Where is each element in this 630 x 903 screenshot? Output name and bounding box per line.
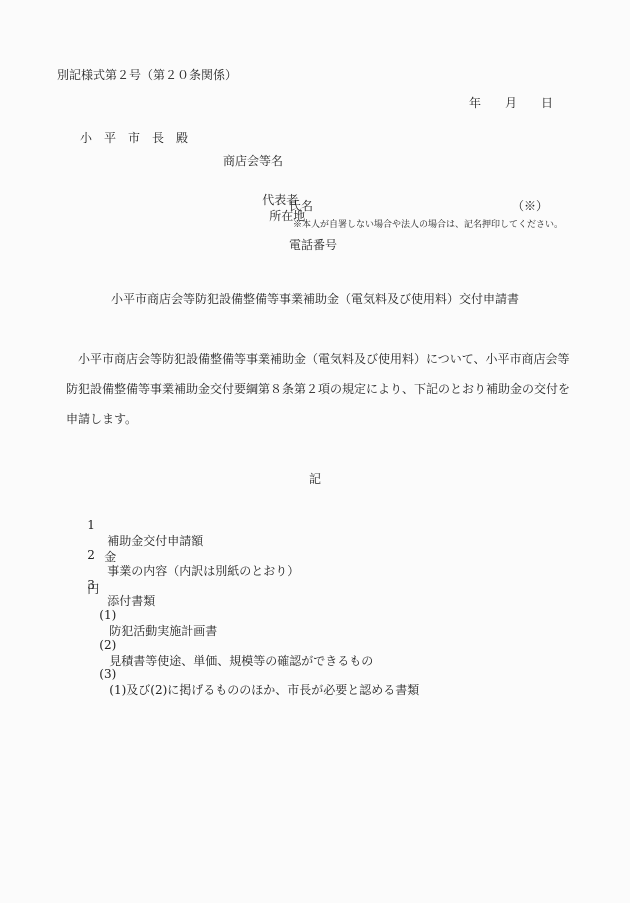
signature-note: ※本人が自署しない場合や法人の場合は、記名押印してください。 bbox=[293, 219, 563, 231]
attachment-item-3: (3) (1)及び(2)に掲げるもののほか、市長が必要と認める書類 bbox=[84, 650, 419, 714]
org-name-label: 商店会等名 bbox=[223, 153, 283, 169]
body-paragraph-line-2: 防犯設備整備等事業補助金交付要綱第８条第２項の規定により、下記のとおり補助金の交… bbox=[66, 381, 570, 397]
date-line: 年 月 日 bbox=[469, 95, 553, 111]
attachment-number: (3) bbox=[99, 666, 116, 682]
form-number: 別記様式第２号（第２０条関係） bbox=[57, 67, 237, 83]
phone-label: 電話番号 bbox=[289, 237, 337, 253]
attachment-label: (1)及び(2)に掲げるもののほか、市長が必要と認める書類 bbox=[109, 682, 419, 698]
name-note-mark: （※） bbox=[512, 198, 548, 214]
application-form-page: 別記様式第２号（第２０条関係） 年 月 日 小 平 市 長 殿 商店会等名 代表… bbox=[0, 0, 630, 903]
body-paragraph-line-1: 小平市商店会等防犯設備整備等事業補助金（電気料及び使用料）について、小平市商店会… bbox=[66, 351, 570, 367]
body-paragraph-line-3: 申請します。 bbox=[66, 411, 137, 427]
document-title: 小平市商店会等防犯設備整備等事業補助金（電気料及び使用料）交付申請書 bbox=[0, 291, 630, 307]
name-label: 氏名 bbox=[289, 198, 313, 214]
record-marker: 記 bbox=[0, 471, 630, 487]
addressee: 小 平 市 長 殿 bbox=[80, 130, 188, 146]
